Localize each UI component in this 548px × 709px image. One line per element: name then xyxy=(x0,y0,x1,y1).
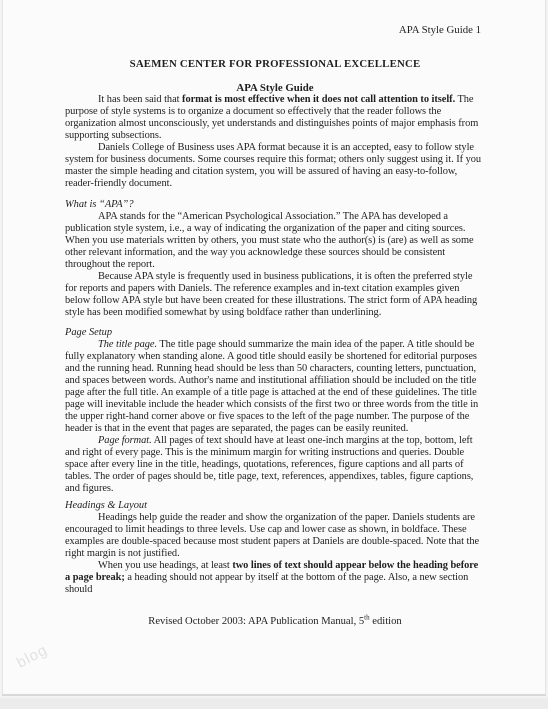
text-run-italic: Page format. xyxy=(98,435,152,446)
document-page: APA Style Guide 1 SAEMEN CENTER FOR PROF… xyxy=(2,0,546,696)
paragraph-intro-format: It has been said that format is most eff… xyxy=(65,94,485,142)
text-run: Revised October 2003: APA Publication Ma… xyxy=(148,616,364,627)
paragraph-title-page: The title page. The title page should su… xyxy=(65,339,485,435)
paragraph-daniels-college: Daniels College of Business uses APA for… xyxy=(65,142,485,190)
text-run: The title page should summarize the main… xyxy=(65,339,478,434)
text-run: It has been said that xyxy=(98,94,182,105)
organization-title: SAEMEN CENTER FOR PROFESSIONAL EXCELLENC… xyxy=(65,58,485,70)
section-heading-headings-layout: Headings & Layout xyxy=(65,500,485,512)
paragraph-two-lines: When you use headings, at least two line… xyxy=(65,560,485,596)
text-run-bold: format is most effective when it does no… xyxy=(182,94,455,105)
footer-revision-note: Revised October 2003: APA Publication Ma… xyxy=(65,616,485,628)
paragraph-because-apa-style: Because APA style is frequently used in … xyxy=(65,271,485,319)
paragraph-headings-help: Headings help guide the reader and show … xyxy=(65,512,485,560)
section-heading-what-is-apa: What is “APA”? xyxy=(65,199,485,211)
text-run: When you use headings, at least xyxy=(98,560,232,571)
text-run-italic: The title page. xyxy=(98,339,157,350)
scanned-document: APA Style Guide 1 SAEMEN CENTER FOR PROF… xyxy=(0,0,548,709)
paragraph-apa-stands-for: APA stands for the “American Psychologic… xyxy=(65,211,485,271)
paragraph-page-format: Page format. All pages of text should ha… xyxy=(65,435,485,495)
document-title: APA Style Guide xyxy=(65,82,485,94)
text-run: edition xyxy=(370,616,402,627)
running-header: APA Style Guide 1 xyxy=(65,24,485,36)
scan-bottom-edge xyxy=(0,698,548,709)
running-header-text: APA Style Guide 1 xyxy=(399,24,481,36)
section-heading-page-setup: Page Setup xyxy=(65,327,485,339)
text-run: a heading should not appear by itself at… xyxy=(65,572,468,595)
